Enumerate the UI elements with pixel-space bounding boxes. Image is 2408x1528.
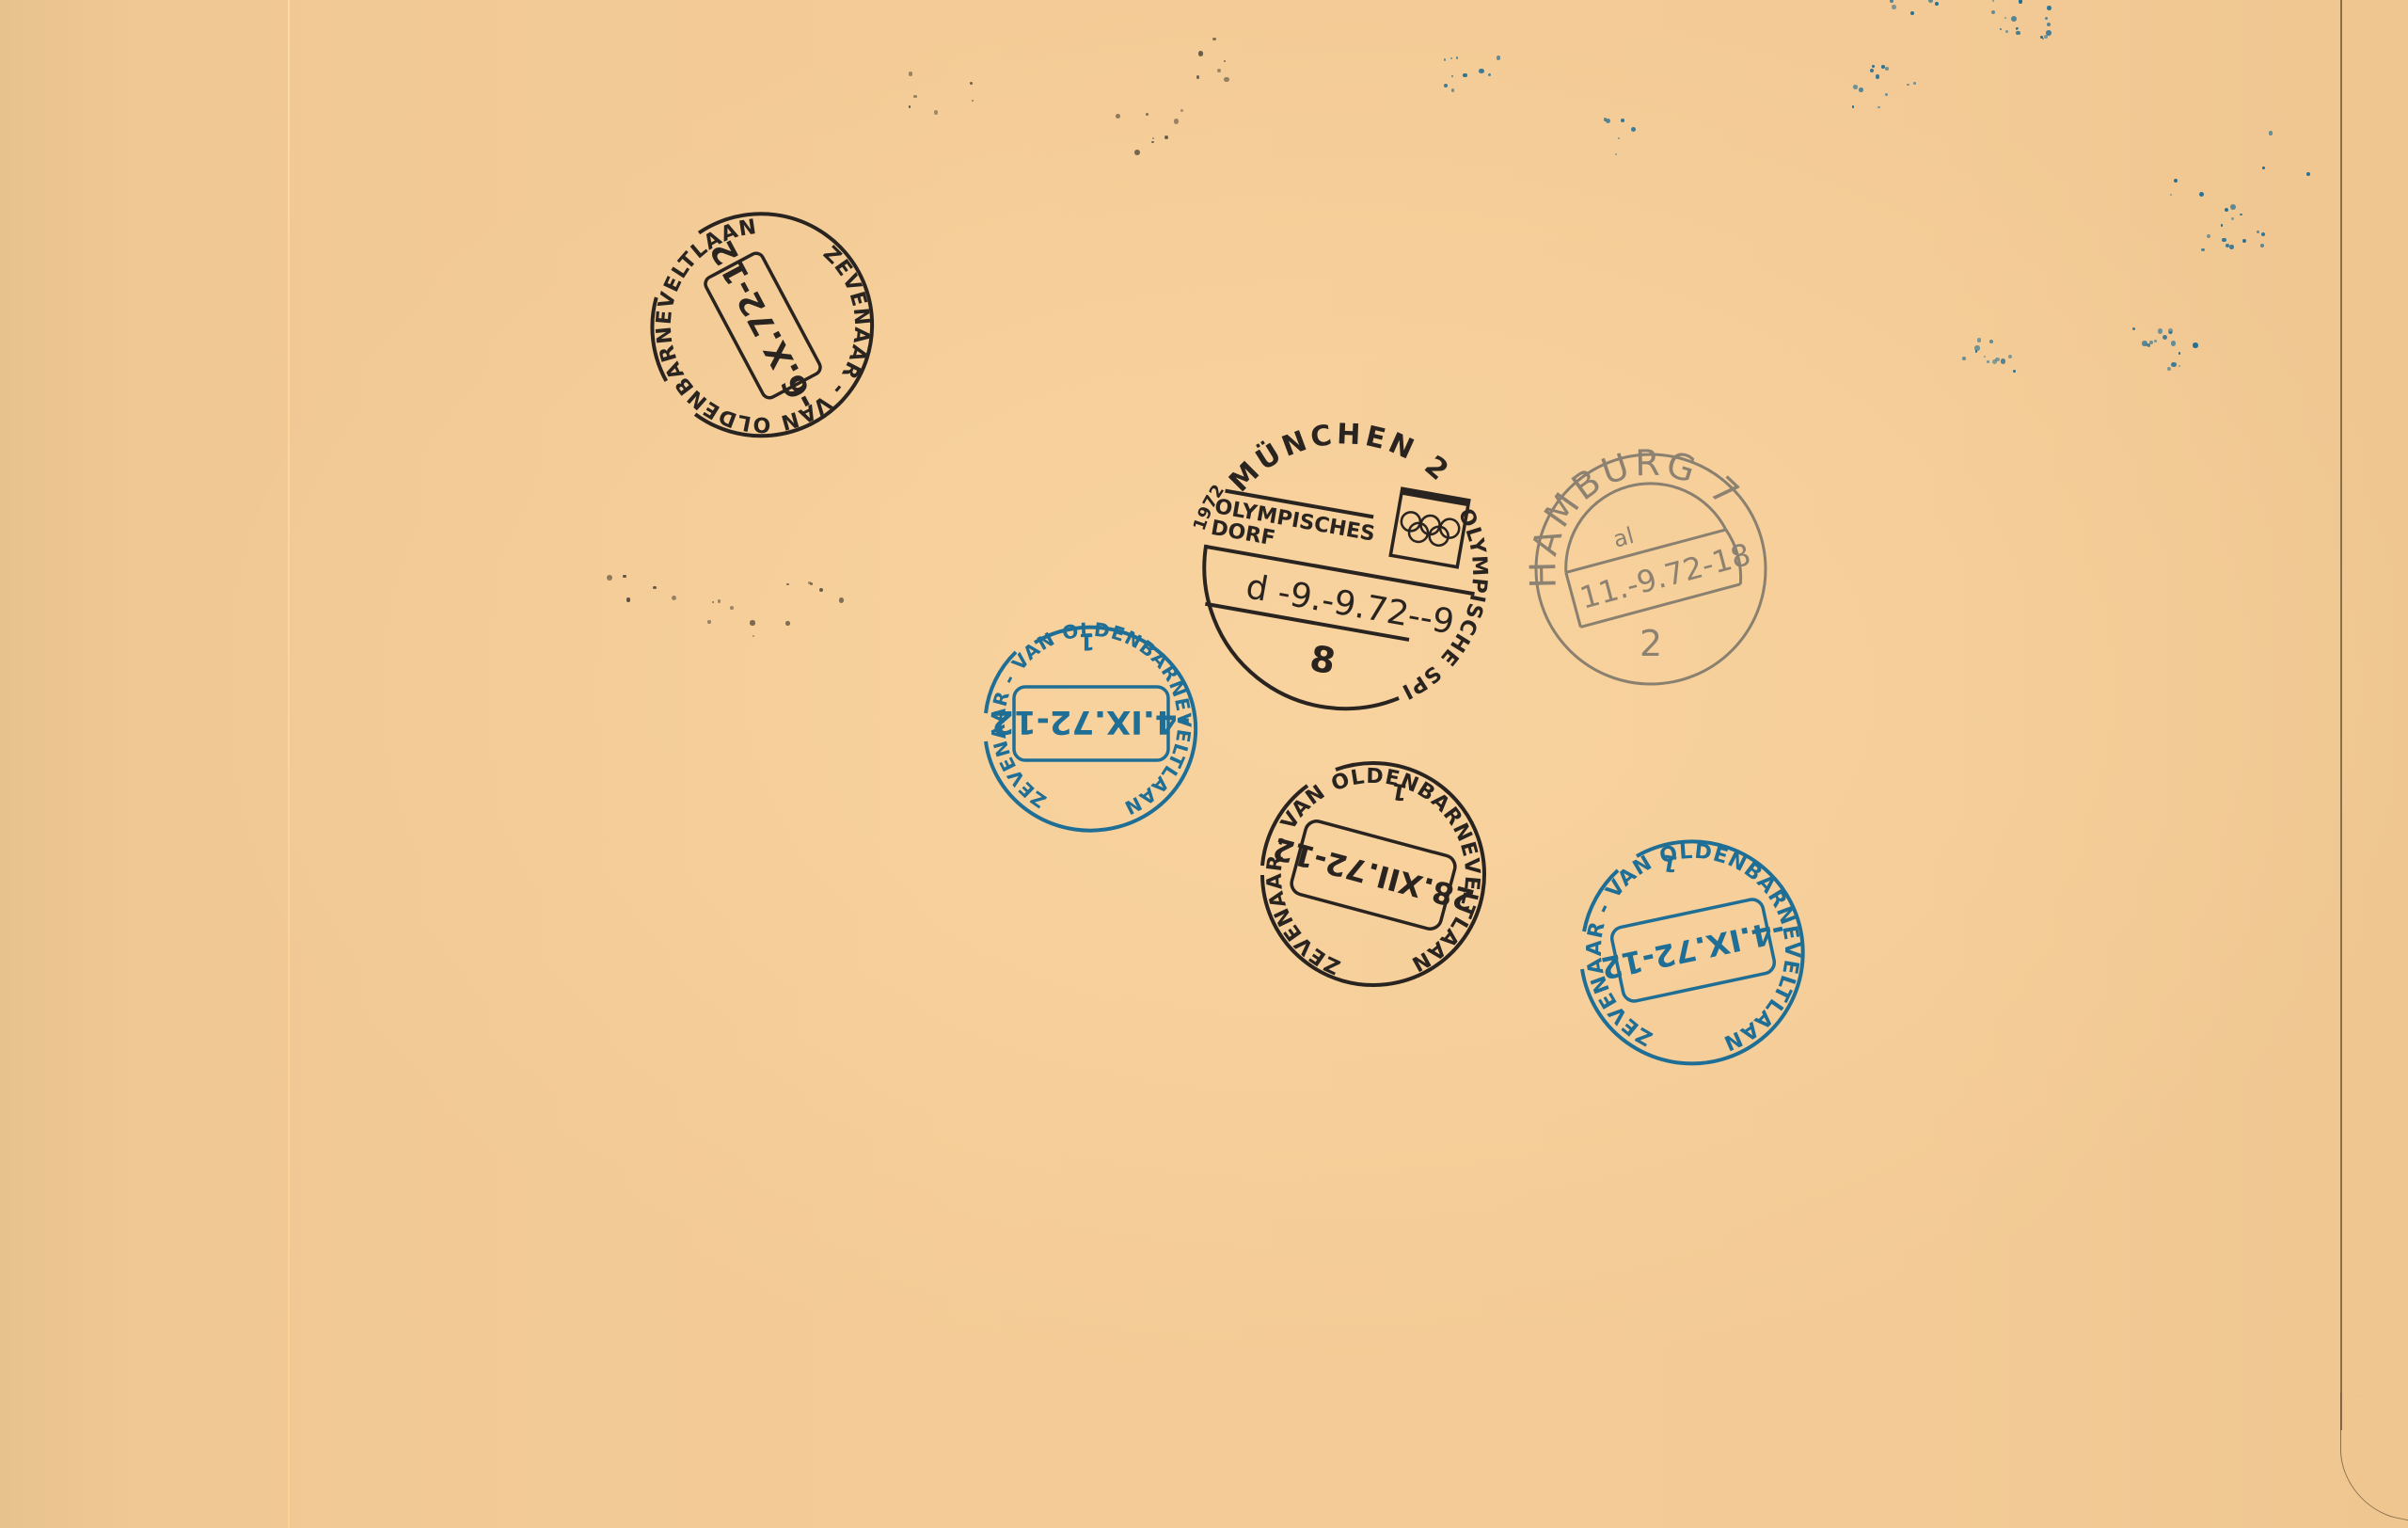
postmark-code: 8 <box>1307 637 1339 682</box>
olympic-rings-icon <box>1390 488 1468 566</box>
envelope-flap-edge <box>2340 0 2342 1430</box>
postmark-munchen-olympic: MÜNCHEN 2 OLYMPISCHE SPIELE 1972 OLYMPIS… <box>1190 419 1500 720</box>
postmark-date: -4.IX.72-12 <box>991 703 1190 740</box>
postmark-zevenaar-black-top: ZEVENAAR - VAN OLDENBARNEVELTLAAN -6.X.7… <box>636 203 890 448</box>
postmark-date: 28.XII.72-12 <box>1269 830 1478 918</box>
postmark-zevenaar-blue-left: ZEVENAAR - VAN OLDENBARNEVELTLAAN 1 -4.I… <box>969 610 1213 836</box>
postmark-hamburg: HAMBURG 7 al 11.-9.72-18 2 <box>1529 447 1773 692</box>
postmark-zevenaar-blue-right: ZEVENAAR - VAN OLDENBARNEVELTLAAN 1 -4.I… <box>1571 828 1815 1073</box>
postmark-number: 1 <box>1079 629 1095 655</box>
postmark-zevenaar-black-bottom: ZEVENAAR - VAN OLDENBARNEVELTLAAN 1 28.X… <box>1251 753 1496 997</box>
svg-text:MÜNCHEN 2: MÜNCHEN 2 <box>1223 418 1457 499</box>
postmark-sub: al <box>1610 522 1637 553</box>
envelope-fold-line <box>288 0 290 1528</box>
postmark-code: 2 <box>1640 623 1662 664</box>
postmark-city: MÜNCHEN 2 <box>1223 418 1457 499</box>
